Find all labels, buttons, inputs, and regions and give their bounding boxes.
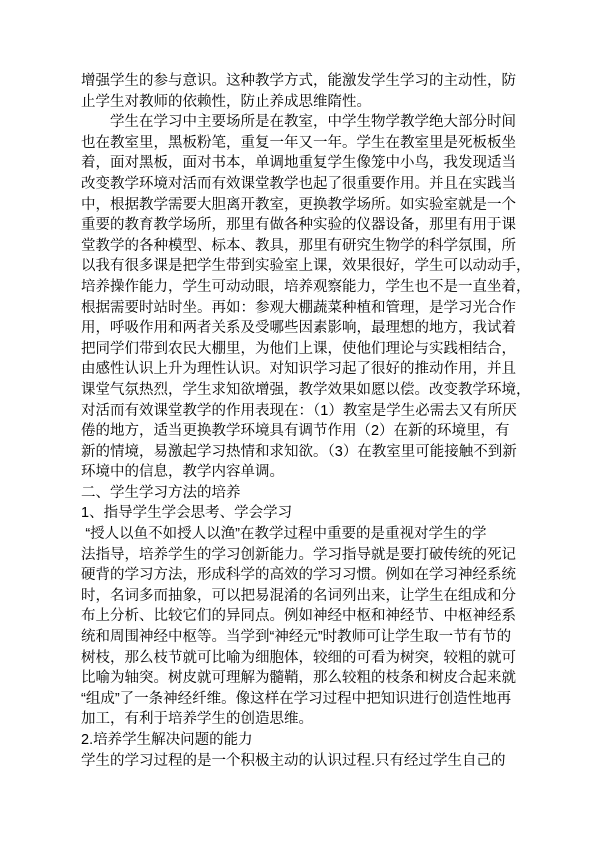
text-line: 改变教学环境对活而有效课堂教学也起了很重要作用。并且在实践当: [81, 174, 519, 195]
text-line: 布上分析、比较它们的异同点。例如神经中枢和神经节、中枢神经系: [81, 606, 519, 627]
text-line: 把同学们带到农民大棚里，为他们上课，使他们理论与实践相结合，: [81, 339, 519, 360]
text-line: 加工，有利于培养学生的创造思维。: [81, 709, 519, 730]
text-line: 由感性认识上升为理性认识。对知识学习起了很好的推动作用，并且: [81, 359, 519, 380]
document-page: 增强学生的参与意识。这种教学方式，能激发学生学习的主动性，防止学生对教师的依赖性…: [0, 0, 595, 842]
text-line: 新的情境，易激起学习热情和求知欲。（3）在教室里可能接触不到新: [81, 442, 519, 463]
text-line: 倦的地方，适当更换教学环境具有调节作用（2）在新的环境里，有: [81, 421, 519, 442]
text-line: 1、指导学生学会思考、学会学习: [81, 503, 519, 524]
text-line: 增强学生的参与意识。这种教学方式，能激发学生学习的主动性，防: [81, 71, 519, 92]
text-line: “组成”了一条神经纤维。像这样在学习过程中把知识进行创造性地再: [81, 689, 519, 710]
text-line: 止学生对教师的依赖性，防止养成思维隋性。: [81, 92, 519, 113]
text-line: 学生在学习中主要场所是在教室，中学生物学教学绝大部分时间: [81, 112, 519, 133]
text-line: 课堂气氛热烈，学生求知欲增强，教学效果如愿以偿。改变教学环境，: [81, 380, 519, 401]
text-line: 时，名词多而抽象，可以把易混淆的名词列出来，让学生在组成和分: [81, 586, 519, 607]
text-line: “授人以鱼不如授人以渔”在教学过程中重要的是重视对学生的学: [81, 524, 519, 545]
text-line: 二、学生学习方法的培养: [81, 483, 519, 504]
text-line: 学生的学习过程的是一个积极主动的认识过程.只有经过学生自己的: [81, 751, 519, 772]
text-line: 用，呼吸作用和两者关系及受哪些因素影响，最理想的地方，我试着: [81, 318, 519, 339]
text-line: 比喻为轴突。树皮就可理解为髓鞘，那么较粗的枝条和树皮合起来就: [81, 668, 519, 689]
text-line: 堂教学的各种模型、标本、教具，那里有研究生物学的科学氛围，所: [81, 236, 519, 257]
text-line: 着，面对黑板，面对书本，单调地重复学生像笼中小鸟，我发现适当: [81, 153, 519, 174]
text-line: 对活而有效课堂教学的作用表现在：（1）教室是学生必需去又有所厌: [81, 401, 519, 422]
text-line: 根据需要时站时坐。再如：参观大棚蔬菜种植和管理，是学习光合作: [81, 298, 519, 319]
text-line: 法指导，培养学生的学习创新能力。学习指导就是要打破传统的死记: [81, 545, 519, 566]
text-line: 环境中的信息，教学内容单调。: [81, 462, 519, 483]
document-text: 增强学生的参与意识。这种教学方式，能激发学生学习的主动性，防止学生对教师的依赖性…: [81, 71, 519, 771]
text-line: 硬背的学习方法，形成科学的高效的学习习惯。例如在学习神经系统: [81, 565, 519, 586]
text-line: 重要的教育教学场所，那里有做各种实验的仪器设备，那里有用于课: [81, 215, 519, 236]
text-line: 2.培养学生解决问题的能力: [81, 730, 519, 751]
text-line: 培养操作能力，学生可动动眼，培养观察能力，学生也不是一直坐着，: [81, 277, 519, 298]
text-line: 统和周围神经中枢等。当学到“神经元”时教师可让学生取一节有节的: [81, 627, 519, 648]
text-line: 以我有很多课是把学生带到实验室上课，效果很好，学生可以动动手，: [81, 256, 519, 277]
text-line: 也在教室里，黑板粉笔，重复一年又一年。学生在教室里是死板板坐: [81, 133, 519, 154]
text-line: 树枝，那么枝节就可比喻为细胞体，较细的可看为树突，较粗的就可: [81, 648, 519, 669]
text-line: 中，根据教学需要大胆离开教室，更换教学场所。如实验室就是一个: [81, 195, 519, 216]
